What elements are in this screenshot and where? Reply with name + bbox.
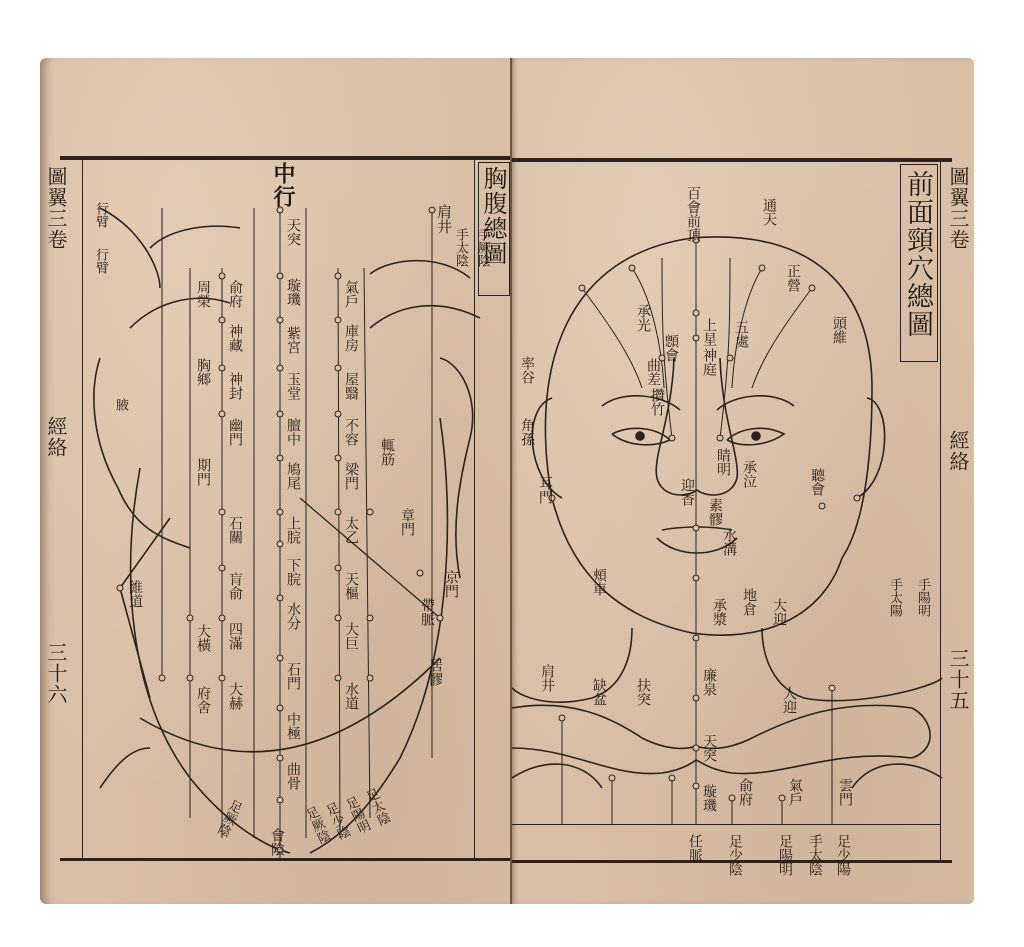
point-lian-quan: 廉泉 — [702, 668, 716, 696]
lateral-point: 京門 — [444, 570, 458, 598]
center-row-points: 天突 — [286, 218, 300, 246]
book-spread: 圖翼三卷 經絡 三十六 胸腹總圖 中行 — [40, 58, 974, 904]
point-cheng-jiang: 承漿 — [712, 598, 726, 626]
kidney-point: 四滿 — [228, 622, 242, 650]
center-point: 璇璣 — [286, 278, 300, 306]
spleen-point: 周榮 — [196, 280, 210, 308]
stomach-point: 梁門 — [344, 462, 358, 490]
kidney-point: 神藏 — [228, 324, 242, 352]
channel-zu-shao-yin: 足少陰 — [728, 834, 742, 876]
lateral-point: 帶脈 — [420, 598, 434, 626]
point-di-cang: 地倉 — [742, 588, 756, 616]
point-bai-hui-qian-ding: 百會前頂 — [686, 186, 700, 242]
point-shang-xing: 上星 — [702, 318, 716, 346]
point-wu-chu: 五處 — [734, 320, 748, 348]
point-xin-hui: 顖會 — [664, 334, 678, 362]
point-cheng-qi: 承泣 — [742, 460, 756, 488]
center-point: 水分 — [286, 602, 300, 630]
kidney-point: 神封 — [228, 372, 242, 400]
center-point: 玉堂 — [286, 372, 300, 400]
point-shuai-gu: 率谷 — [520, 356, 534, 384]
stomach-point: 太乙 — [344, 516, 358, 544]
point-shui-gou: 水溝 — [722, 528, 736, 556]
stomach-point: 氣戶 — [344, 280, 358, 308]
center-point: 膻中 — [286, 418, 300, 446]
point-jian-jing: 肩井 — [540, 664, 554, 692]
arm-label-1: 行臂 — [94, 202, 107, 228]
stomach-point: 不容 — [344, 418, 358, 446]
point-qu-cha: 曲差 — [646, 358, 660, 386]
channel-shou-tai-yang: 手太陽 — [888, 578, 901, 617]
center-point: 下脘 — [286, 558, 300, 586]
right-page: 圖翼三卷 經絡 三十五 前面頸穴總圖 — [512, 58, 974, 904]
torso-diagram — [40, 58, 512, 904]
point-xuan-ji: 璇璣 — [702, 784, 716, 812]
center-point: 鳩尾 — [286, 462, 300, 490]
point-jiao-sun: 角孫 — [520, 418, 534, 446]
arm-label-2: 行臂 — [94, 248, 107, 274]
point-tou-wei: 頭維 — [832, 316, 846, 344]
point-tong-tian: 通天 — [762, 198, 776, 226]
channel-shou-jue-yin: 手厥陰 — [476, 228, 489, 267]
center-point: 中極 — [286, 712, 300, 740]
lateral-point: 輒筋 — [380, 438, 394, 466]
point-shu-fu: 俞府 — [738, 778, 752, 806]
channel-shou-tai-yin: 手太陰 — [808, 834, 822, 876]
kidney-point: 俞府 — [228, 280, 242, 308]
kidney-point: 肓俞 — [228, 572, 242, 600]
point-zheng-ying: 正營 — [786, 264, 800, 292]
point-ren-ying: 人迎 — [782, 686, 796, 714]
point-que-pen: 缺盆 — [592, 678, 606, 706]
point-ying-xiang: 迎香 — [680, 478, 694, 506]
stomach-point: 大巨 — [344, 622, 358, 650]
point-jing-ming: 睛明 — [716, 448, 730, 476]
point-ting-hui: 聽會 — [810, 468, 824, 496]
stomach-point: 水道 — [344, 682, 358, 710]
center-point: 石門 — [286, 662, 300, 690]
channel-shou-tai-yin: 手太陰 — [454, 228, 467, 267]
lateral-point: 維道 — [128, 580, 142, 608]
center-point: 紫宮 — [286, 326, 300, 354]
stomach-point: 庫房 — [344, 324, 358, 352]
axilla-label: 腋 — [114, 398, 127, 411]
kidney-point: 大赫 — [228, 682, 242, 710]
point-qi-hu: 氣戶 — [788, 778, 802, 806]
kidney-point: 石關 — [228, 516, 242, 544]
spleen-point: 期門 — [196, 458, 210, 486]
point-er-men: 耳門 — [538, 476, 552, 504]
lateral-point: 居髎 — [428, 658, 442, 686]
spleen-point: 大橫 — [196, 624, 210, 652]
point-tian-tu: 天突 — [702, 734, 716, 762]
point-jia-che: 頰車 — [592, 568, 606, 596]
stomach-point: 屋翳 — [344, 372, 358, 400]
point-fu-tu: 扶突 — [636, 678, 650, 706]
point-jian-jing: 肩井 — [436, 204, 451, 234]
point-cheng-guang: 承光 — [636, 304, 650, 332]
lateral-point: 章門 — [400, 508, 414, 536]
center-point: 曲骨 — [286, 762, 300, 790]
point-yun-men: 雲門 — [838, 778, 852, 806]
channel-zu-yang-ming: 足陽明 — [778, 834, 792, 876]
point-da-ying: 大迎 — [772, 598, 786, 626]
center-point: 上脘 — [286, 516, 300, 544]
point-shen-ting: 神庭 — [702, 348, 716, 376]
hui-yin-label: 會陰 — [270, 828, 284, 856]
point-zan-zhu: 攢竹 — [650, 388, 664, 416]
kidney-point: 幽門 — [228, 418, 242, 446]
left-page: 圖翼三卷 經絡 三十六 胸腹總圖 中行 — [40, 58, 512, 904]
stomach-point: 天樞 — [344, 572, 358, 600]
point-su-liao: 素髎 — [708, 498, 722, 526]
channel-zu-shao-yang: 足少陽 — [836, 834, 850, 876]
spleen-point: 胸鄉 — [196, 358, 210, 386]
spleen-point: 府舍 — [196, 686, 210, 714]
channel-shou-yang-ming: 手陽明 — [916, 578, 929, 617]
channel-ren-mai: 任脈 — [688, 834, 702, 862]
